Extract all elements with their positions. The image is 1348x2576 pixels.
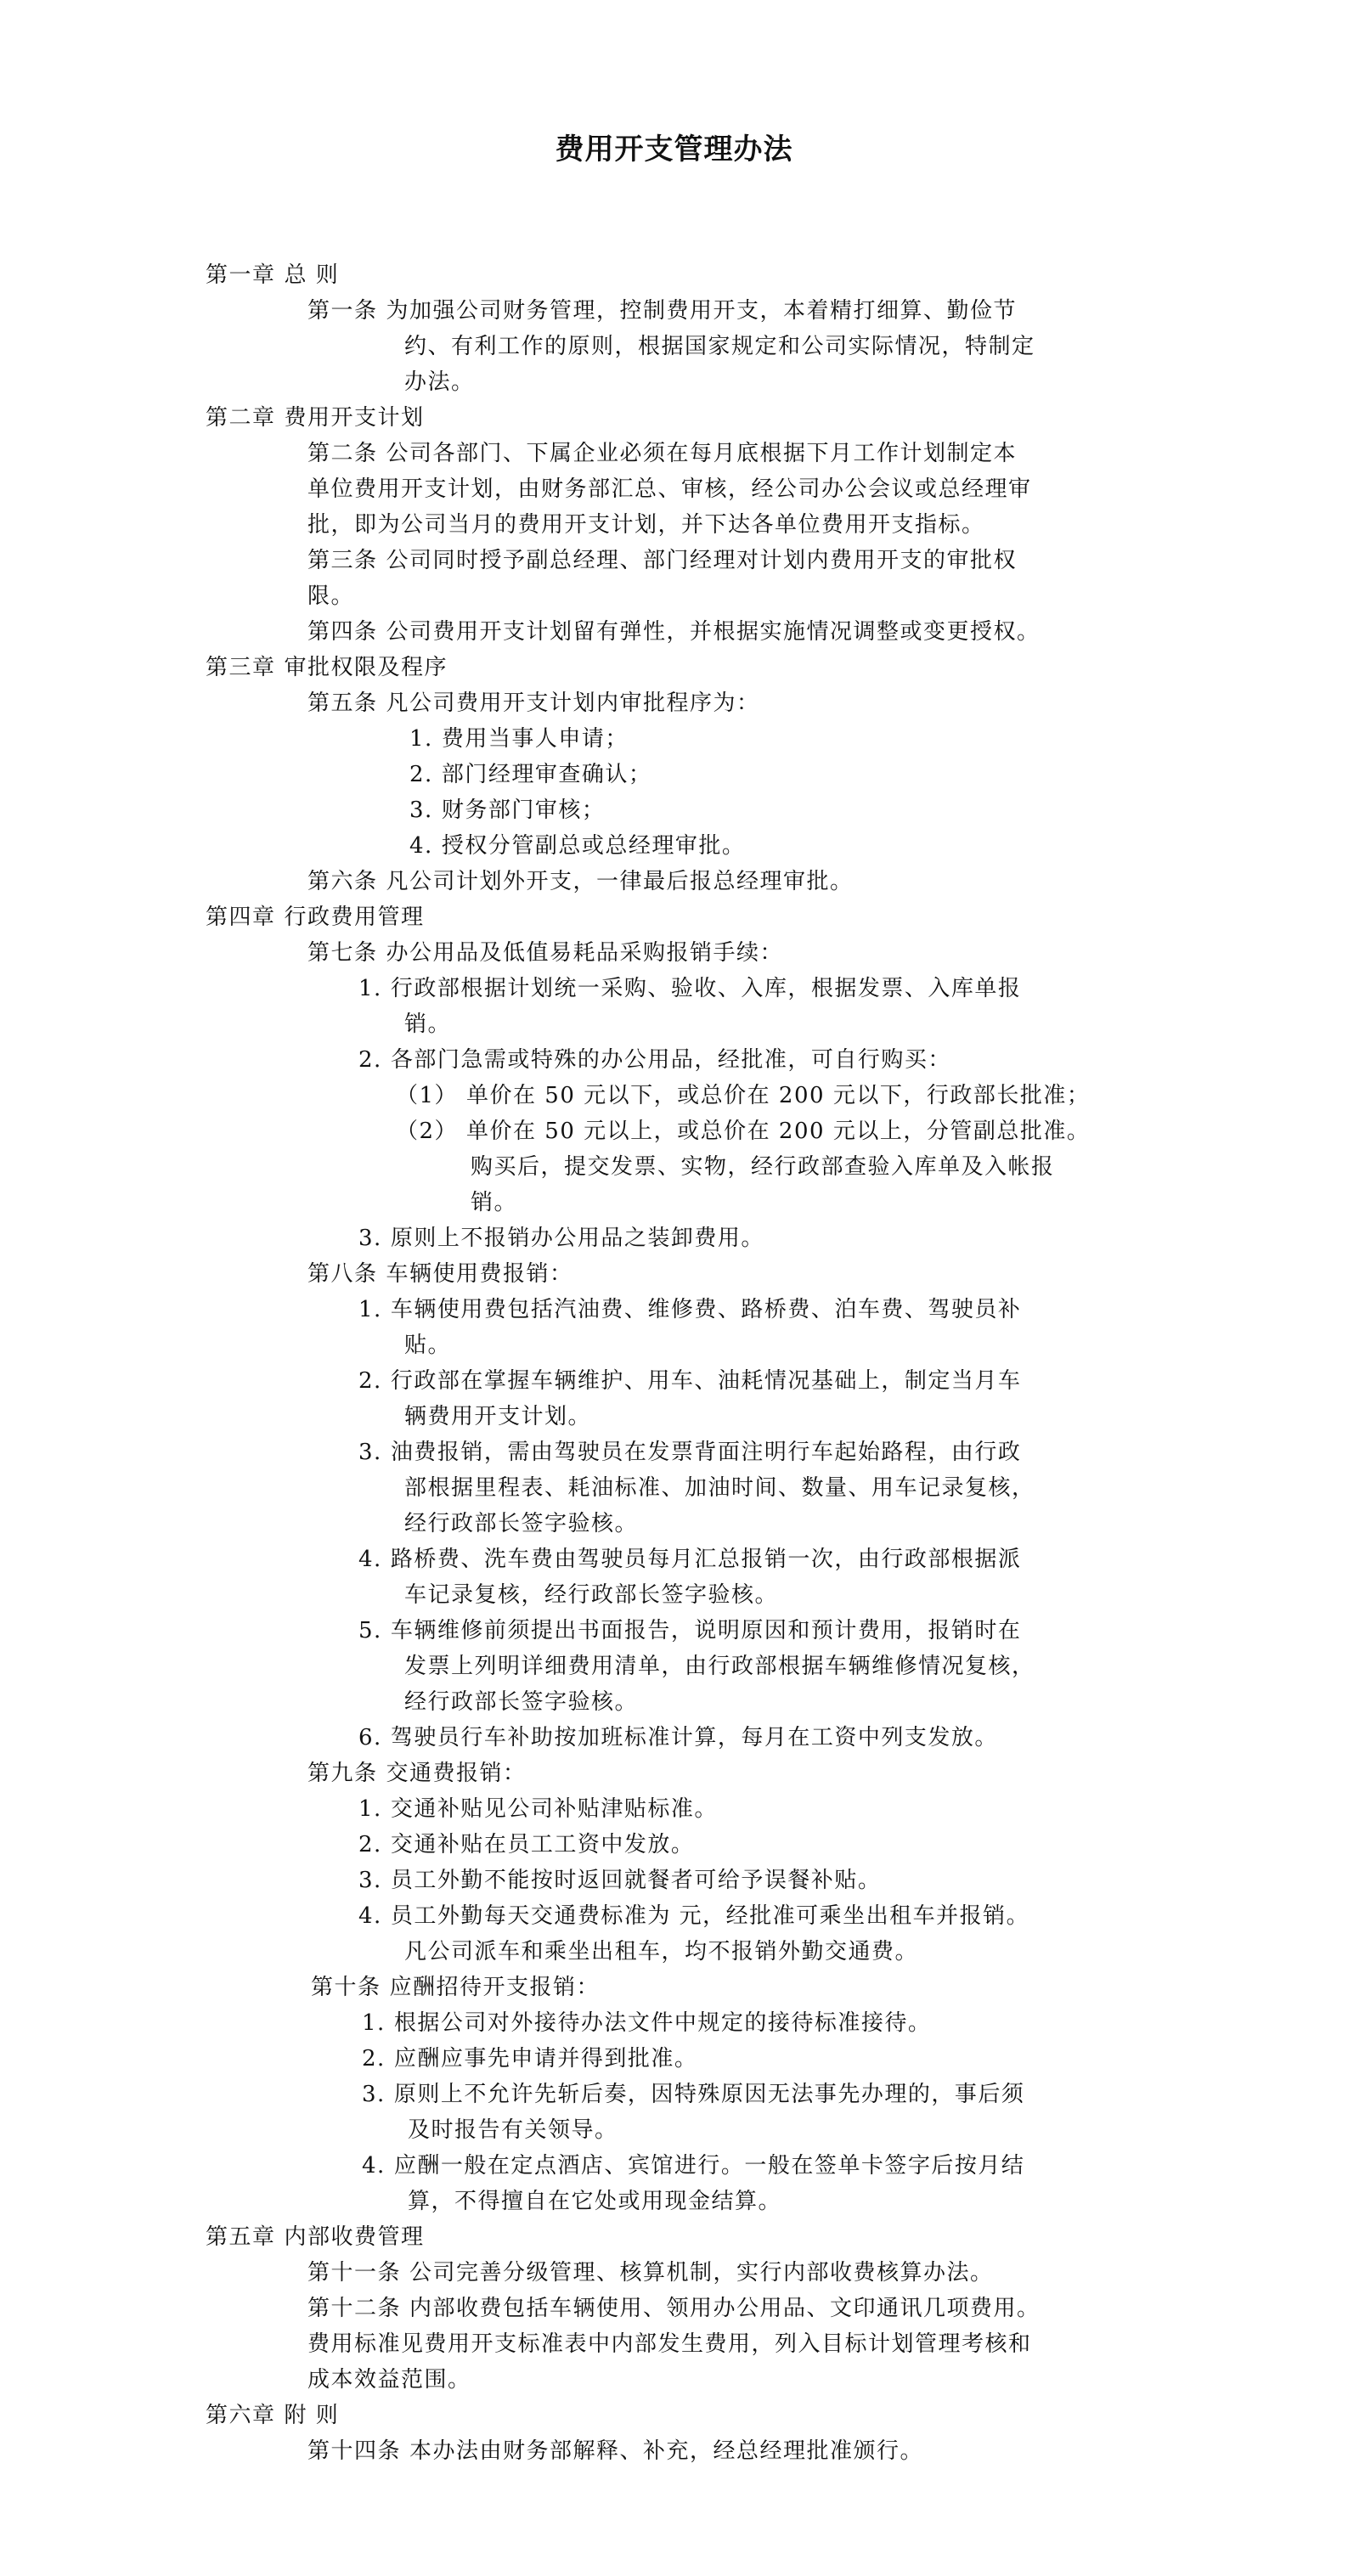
continuation-line: 批，即为公司当月的费用开支计划，并下达各单位费用开支指标。 [307, 508, 985, 542]
document-page: 费用开支管理办法 第一章总 则第一条为加强公司财务管理，控制费用开支，本着精打细… [0, 0, 1348, 2576]
line-text: 单价在 50 元以上，或总价在 200 元以上，分管副总批准。 [466, 1119, 1090, 1144]
continuation-line: 及时报告有关领导。 [408, 2113, 618, 2147]
chapter-heading: 第四章行政费用管理 [206, 900, 425, 934]
line-text: 费用标准见费用开支标准表中内部发生费用，列入目标计划管理考核和 [307, 2331, 1032, 2357]
continuation-line: 算，不得擅自在它处或用现金结算。 [408, 2184, 781, 2218]
line-label: 第二条 [307, 437, 378, 471]
line-text: 公司费用开支计划留有弹性，并根据实施情况调整或变更授权。 [386, 619, 1041, 645]
line-text: 销。 [404, 1012, 451, 1037]
line-text: 费用开支计划 [285, 405, 425, 431]
line-label: 第五章 [206, 2220, 276, 2254]
line-label: 第三条 [307, 544, 378, 578]
continuation-line: 限。 [307, 579, 354, 613]
line-text: 交通费报销： [386, 1761, 527, 1786]
line-label: 第三章 [206, 651, 276, 685]
line-label: 3. [358, 1435, 382, 1469]
line-text: 行政部在掌握车辆维护、用车、油耗情况基础上，制定当月车 [391, 1368, 1022, 1394]
continuation-line: 经行政部长签字验核。 [404, 1507, 638, 1541]
line-label: 3. [362, 2077, 386, 2111]
line-text: 办法。 [404, 369, 475, 395]
line-text: 发票上列明详细费用清单，由行政部根据车辆维修情况复核， [404, 1654, 1035, 1679]
article-line: 第九条交通费报销： [307, 1756, 527, 1790]
line-label: 第十四条 [307, 2434, 401, 2468]
line-text: 单位费用开支计划，由财务部汇总、审核，经公司办公会议或总经理审 [307, 476, 1032, 502]
list-item: 1.车辆使用费包括汽油费、维修费、路桥费、泊车费、驾驶员补 [358, 1293, 1021, 1327]
line-text: 审批权限及程序 [285, 655, 448, 680]
line-text: 原则上不报销办公用品之装卸费用。 [391, 1226, 764, 1251]
line-label: 第六章 [206, 2398, 276, 2432]
line-label: 3. [358, 1863, 382, 1897]
line-label: 1. [362, 2006, 386, 2040]
sub-list-item: （2）单价在 50 元以上，或总价在 200 元以上，分管副总批准。 [396, 1114, 1090, 1148]
line-text: 公司同时授予副总经理、部门经理对计划内费用开支的审批权 [386, 548, 1018, 573]
line-text: 及时报告有关领导。 [408, 2117, 618, 2143]
continuation-line: 销。 [471, 1186, 517, 1220]
line-label: （2） [396, 1114, 458, 1148]
line-text: 授权分管副总或总经理审批。 [442, 833, 746, 859]
line-text: 财务部门审核； [442, 798, 606, 823]
line-text: 凡公司计划外开支，一律最后报总经理审批。 [386, 869, 854, 894]
line-label: 第一章 [206, 258, 276, 292]
list-item: 1.费用当事人申请； [409, 722, 629, 756]
sub-list-item: （1）单价在 50 元以下，或总价在 200 元以下，行政部长批准； [396, 1079, 1090, 1113]
line-text: 车记录复核，经行政部长签字验核。 [404, 1582, 778, 1608]
line-text: 车辆使用费报销： [386, 1261, 573, 1287]
line-text: 总 则 [285, 262, 340, 288]
article-line: 第十条应酬招待开支报销： [311, 1970, 600, 2004]
line-text: 交通补贴在员工工资中发放。 [391, 1832, 695, 1857]
continuation-line: 贴。 [404, 1328, 451, 1362]
continuation-line: 凡公司派车和乘坐出租车，均不报销外勤交通费。 [404, 1935, 918, 1969]
continuation-line: 发票上列明详细费用清单，由行政部根据车辆维修情况复核， [404, 1649, 1035, 1683]
list-item: 3.员工外勤不能按时返回就餐者可给予误餐补贴。 [358, 1863, 881, 1897]
article-line: 第一条为加强公司财务管理，控制费用开支，本着精打细算、勤俭节 [307, 294, 1017, 328]
line-text: 根据公司对外接待办法文件中规定的接待标准接待。 [394, 2010, 932, 2036]
list-item: 3.油费报销，需由驾驶员在发票背面注明行车起始路程，由行政 [358, 1435, 1021, 1469]
article-line: 第十二条内部收费包括车辆使用、领用办公用品、文印通讯几项费用。 [307, 2291, 1041, 2325]
line-label: 2. [358, 1828, 382, 1862]
article-line: 第二条公司各部门、下属企业必须在每月底根据下月工作计划制定本 [307, 437, 1017, 471]
list-item: 1.根据公司对外接待办法文件中规定的接待标准接待。 [362, 2006, 931, 2040]
line-text: 应酬一般在定点酒店、宾馆进行。一般在签单卡签字后按月结 [394, 2153, 1025, 2179]
line-text: 凡公司费用开支计划内审批程序为： [386, 691, 760, 716]
list-item: 2.部门经理审查确认； [409, 758, 651, 792]
line-text: 交通补贴见公司补贴津贴标准。 [391, 1796, 718, 1822]
line-label: （1） [396, 1079, 458, 1113]
line-label: 3. [358, 1221, 382, 1255]
line-label: 6. [358, 1721, 382, 1755]
line-text: 附 则 [285, 2403, 340, 2428]
list-item: 2.各部门急需或特殊的办公用品，经批准，可自行购买： [358, 1043, 951, 1077]
list-item: 2.行政部在掌握车辆维护、用车、油耗情况基础上，制定当月车 [358, 1364, 1021, 1398]
continuation-line: 车记录复核，经行政部长签字验核。 [404, 1578, 778, 1612]
line-label: 第四条 [307, 615, 378, 649]
line-label: 4. [409, 829, 433, 863]
list-item: 4.路桥费、洗车费由驾驶员每月汇总报销一次，由行政部根据派 [358, 1542, 1021, 1576]
line-text: 原则上不允许先斩后奏，因特殊原因无法事先办理的，事后须 [394, 2082, 1025, 2107]
line-label: 第六条 [307, 865, 378, 899]
line-label: 1. [358, 1792, 382, 1826]
line-text: 算，不得擅自在它处或用现金结算。 [408, 2189, 781, 2214]
line-text: 公司完善分级管理、核算机制，实行内部收费核算办法。 [409, 2260, 994, 2286]
line-text: 凡公司派车和乘坐出租车，均不报销外勤交通费。 [404, 1939, 918, 1964]
list-item: 4.员工外勤每天交通费标准为 元，经批准可乘坐出租车并报销。 [358, 1899, 1029, 1933]
chapter-heading: 第五章内部收费管理 [206, 2220, 425, 2254]
line-text: 批，即为公司当月的费用开支计划，并下达各单位费用开支指标。 [307, 512, 985, 538]
line-text: 贴。 [404, 1333, 451, 1358]
continuation-line: 单位费用开支计划，由财务部汇总、审核，经公司办公会议或总经理审 [307, 472, 1032, 506]
line-text: 车辆使用费包括汽油费、维修费、路桥费、泊车费、驾驶员补 [391, 1297, 1022, 1322]
list-item: 5.车辆维修前须提出书面报告，说明原因和预计费用，报销时在 [358, 1614, 1021, 1648]
list-item: 1.行政部根据计划统一采购、验收、入库，根据发票、入库单报 [358, 972, 1021, 1006]
list-item: 4.授权分管副总或总经理审批。 [409, 829, 745, 863]
line-text: 内部收费管理 [285, 2224, 425, 2250]
line-text: 驾驶员行车补助按加班标准计算，每月在工资中列支发放。 [391, 1725, 998, 1750]
continuation-line: 办法。 [404, 365, 475, 399]
line-text: 应酬招待开支报销： [390, 1975, 601, 2000]
line-text: 单价在 50 元以下，或总价在 200 元以下，行政部长批准； [466, 1083, 1090, 1108]
list-item: 3.原则上不允许先斩后奏，因特殊原因无法事先办理的，事后须 [362, 2077, 1024, 2111]
chapter-heading: 第三章审批权限及程序 [206, 651, 448, 685]
chapter-heading: 第二章费用开支计划 [206, 401, 425, 435]
line-label: 4. [358, 1542, 382, 1576]
line-label: 2. [358, 1364, 382, 1398]
line-label: 第十条 [311, 1970, 381, 2004]
chapter-heading: 第一章总 则 [206, 258, 339, 292]
continuation-line: 购买后，提交发票、实物，经行政部查验入库单及入帐报 [471, 1150, 1055, 1184]
line-label: 3. [409, 793, 433, 827]
line-label: 第二章 [206, 401, 276, 435]
line-label: 5. [358, 1614, 382, 1648]
line-label: 4. [358, 1899, 382, 1933]
continuation-line: 辆费用开支计划。 [404, 1400, 591, 1434]
line-label: 2. [409, 758, 433, 792]
continuation-line: 约、有利工作的原则，根据国家规定和公司实际情况，特制定 [404, 330, 1035, 364]
line-text: 费用当事人申请； [442, 726, 629, 752]
line-text: 内部收费包括车辆使用、领用办公用品、文印通讯几项费用。 [409, 2296, 1041, 2321]
article-line: 第六条凡公司计划外开支，一律最后报总经理审批。 [307, 865, 854, 899]
line-text: 为加强公司财务管理，控制费用开支，本着精打细算、勤俭节 [386, 298, 1018, 324]
line-text: 员工外勤每天交通费标准为 元，经批准可乘坐出租车并报销。 [391, 1903, 1029, 1929]
continuation-line: 销。 [404, 1007, 451, 1041]
line-text: 油费报销，需由驾驶员在发票背面注明行车起始路程，由行政 [391, 1440, 1022, 1465]
line-label: 第七条 [307, 936, 378, 970]
list-item: 3.财务部门审核； [409, 793, 605, 827]
list-item: 2.交通补贴在员工工资中发放。 [358, 1828, 694, 1862]
line-text: 行政部根据计划统一采购、验收、入库，根据发票、入库单报 [391, 976, 1022, 1001]
document-title: 费用开支管理办法 [0, 129, 1348, 170]
line-text: 办公用品及低值易耗品采购报销手续： [386, 940, 784, 966]
continuation-line: 成本效益范围。 [307, 2363, 471, 2397]
line-text: 约、有利工作的原则，根据国家规定和公司实际情况，特制定 [404, 334, 1035, 359]
line-text: 成本效益范围。 [307, 2367, 471, 2393]
line-label: 第八条 [307, 1257, 378, 1291]
line-label: 第十二条 [307, 2291, 401, 2325]
line-label: 4. [362, 2149, 386, 2183]
line-label: 第四章 [206, 900, 276, 934]
line-label: 第九条 [307, 1756, 378, 1790]
line-text: 路桥费、洗车费由驾驶员每月汇总报销一次，由行政部根据派 [391, 1547, 1022, 1572]
line-text: 行政费用管理 [285, 905, 425, 930]
line-text: 销。 [471, 1190, 517, 1215]
list-item: 6.驾驶员行车补助按加班标准计算，每月在工资中列支发放。 [358, 1721, 998, 1755]
line-label: 1. [409, 722, 433, 756]
line-text: 车辆维修前须提出书面报告，说明原因和预计费用，报销时在 [391, 1618, 1022, 1643]
article-line: 第四条公司费用开支计划留有弹性，并根据实施情况调整或变更授权。 [307, 615, 1041, 649]
line-label: 1. [358, 1293, 382, 1327]
article-line: 第五条凡公司费用开支计划内审批程序为： [307, 686, 760, 720]
line-text: 部门经理审查确认； [442, 762, 652, 787]
line-text: 购买后，提交发票、实物，经行政部查验入库单及入帐报 [471, 1154, 1055, 1180]
line-text: 公司各部门、下属企业必须在每月底根据下月工作计划制定本 [386, 441, 1018, 466]
list-item: 3.原则上不报销办公用品之装卸费用。 [358, 1221, 764, 1255]
line-label: 第五条 [307, 686, 378, 720]
line-text: 本办法由财务部解释、补充，经总经理批准颁行。 [409, 2438, 923, 2464]
line-label: 第一条 [307, 294, 378, 328]
continuation-line: 经行政部长签字验核。 [404, 1685, 638, 1719]
line-label: 2. [362, 2042, 386, 2076]
line-text: 辆费用开支计划。 [404, 1404, 591, 1429]
line-label: 第十一条 [307, 2256, 401, 2290]
line-text: 应酬应事先申请并得到批准。 [394, 2046, 698, 2072]
chapter-heading: 第六章附 则 [206, 2398, 339, 2432]
line-text: 各部门急需或特殊的办公用品，经批准，可自行购买： [391, 1047, 951, 1073]
article-line: 第十一条公司完善分级管理、核算机制，实行内部收费核算办法。 [307, 2256, 994, 2290]
article-line: 第七条办公用品及低值易耗品采购报销手续： [307, 936, 783, 970]
line-label: 1. [358, 972, 382, 1006]
continuation-line: 部根据里程表、耗油标准、加油时间、数量、用车记录复核， [404, 1471, 1035, 1505]
article-line: 第八条车辆使用费报销： [307, 1257, 573, 1291]
line-text: 经行政部长签字验核。 [404, 1689, 638, 1715]
line-text: 限。 [307, 583, 354, 609]
article-line: 第三条公司同时授予副总经理、部门经理对计划内费用开支的审批权 [307, 544, 1017, 578]
list-item: 1.交通补贴见公司补贴津贴标准。 [358, 1792, 718, 1826]
continuation-line: 费用标准见费用开支标准表中内部发生费用，列入目标计划管理考核和 [307, 2327, 1032, 2361]
line-text: 员工外勤不能按时返回就餐者可给予误餐补贴。 [391, 1868, 882, 1893]
line-text: 部根据里程表、耗油标准、加油时间、数量、用车记录复核， [404, 1475, 1035, 1501]
line-label: 2. [358, 1043, 382, 1077]
line-text: 经行政部长签字验核。 [404, 1511, 638, 1536]
list-item: 2.应酬应事先申请并得到批准。 [362, 2042, 697, 2076]
article-line: 第十四条本办法由财务部解释、补充，经总经理批准颁行。 [307, 2434, 923, 2468]
list-item: 4.应酬一般在定点酒店、宾馆进行。一般在签单卡签字后按月结 [362, 2149, 1024, 2183]
